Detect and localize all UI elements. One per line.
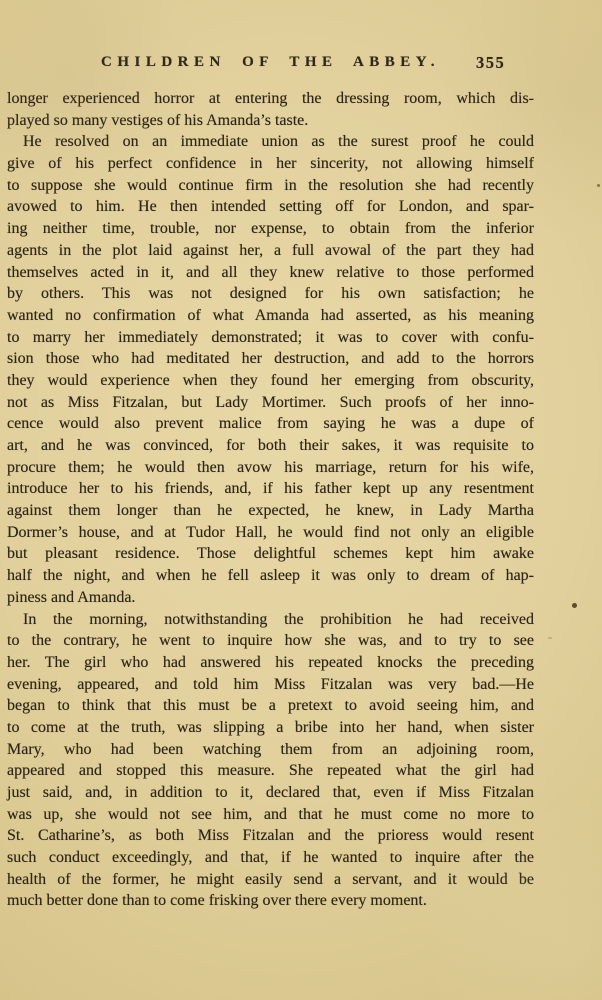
text-line: themselves acted in it, and all they kne… (7, 262, 534, 284)
text-line: appeared and stopped this measure. She r… (7, 760, 534, 782)
text-line: Mary, who had been watching them from an… (7, 739, 534, 761)
page-number: 355 (476, 53, 505, 73)
text-line: give of his perfect confidence in her si… (7, 153, 534, 175)
text-line: In the morning, notwithstanding the proh… (7, 609, 534, 631)
text-line: just said, and, in addition to it, decla… (7, 782, 534, 804)
text-line: by others. This was not designed for his… (7, 283, 534, 305)
text-line: procure them; he would then avow his mar… (7, 457, 534, 479)
text-line: to come at the truth, was slipping a bri… (7, 717, 534, 739)
text-line: agents in the plot laid against her, a f… (7, 240, 534, 262)
paper-speck (548, 637, 552, 639)
text-line: not as Miss Fitzalan, but Lady Mortimer.… (7, 392, 534, 414)
text-line: to marry her immediately demonstrated; i… (7, 327, 534, 349)
text-line: much better done than to come frisking o… (7, 890, 534, 912)
text-line: St. Catharine’s, as both Miss Fitzalan a… (7, 825, 534, 847)
paper-speck (572, 603, 577, 608)
text-line: avowed to him. He then intended setting … (7, 196, 534, 218)
text-line: against them longer than he expected, he… (7, 500, 534, 522)
running-head-title: CHILDREN OF THE ABBEY. (7, 54, 534, 71)
paper-speck (597, 184, 600, 187)
body-text: longer experienced horror at entering th… (7, 88, 534, 912)
text-line: but pleasant residence. Those delightful… (7, 543, 534, 565)
text-line: they would experience when they found he… (7, 370, 534, 392)
text-line: cence would also prevent malice from say… (7, 413, 534, 435)
text-line: wanted no confirmation of what Amanda ha… (7, 305, 534, 327)
text-line: evening, appeared, and told him Miss Fit… (7, 674, 534, 696)
text-line: to suppose she would continue firm in th… (7, 175, 534, 197)
text-line: piness and Amanda. (7, 587, 534, 609)
text-line: art, and he was convinced, for both thei… (7, 435, 534, 457)
text-line: Dormer’s house, and at Tudor Hall, he wo… (7, 522, 534, 544)
text-line: sion those who had meditated her destruc… (7, 348, 534, 370)
text-line: ing neither time, trouble, nor expense, … (7, 218, 534, 240)
book-page-scan: CHILDREN OF THE ABBEY. 355 longer experi… (0, 0, 602, 1000)
text-line: such conduct exceedingly, and that, if h… (7, 847, 534, 869)
text-line: longer experienced horror at entering th… (7, 88, 534, 110)
text-line: half the night, and when he fell asleep … (7, 565, 534, 587)
text-line: was up, she would not see him, and that … (7, 804, 534, 826)
text-line: He resolved on an immediate union as the… (7, 131, 534, 153)
text-line: played so many vestiges of his Amanda’s … (7, 110, 534, 132)
text-line: began to think that this must be a prete… (7, 695, 534, 717)
text-line: to the contrary, he went to inquire how … (7, 630, 534, 652)
text-line: health of the former, he might easily se… (7, 869, 534, 891)
text-line: her. The girl who had answered his repea… (7, 652, 534, 674)
text-line: introduce her to his friends, and, if hi… (7, 478, 534, 500)
